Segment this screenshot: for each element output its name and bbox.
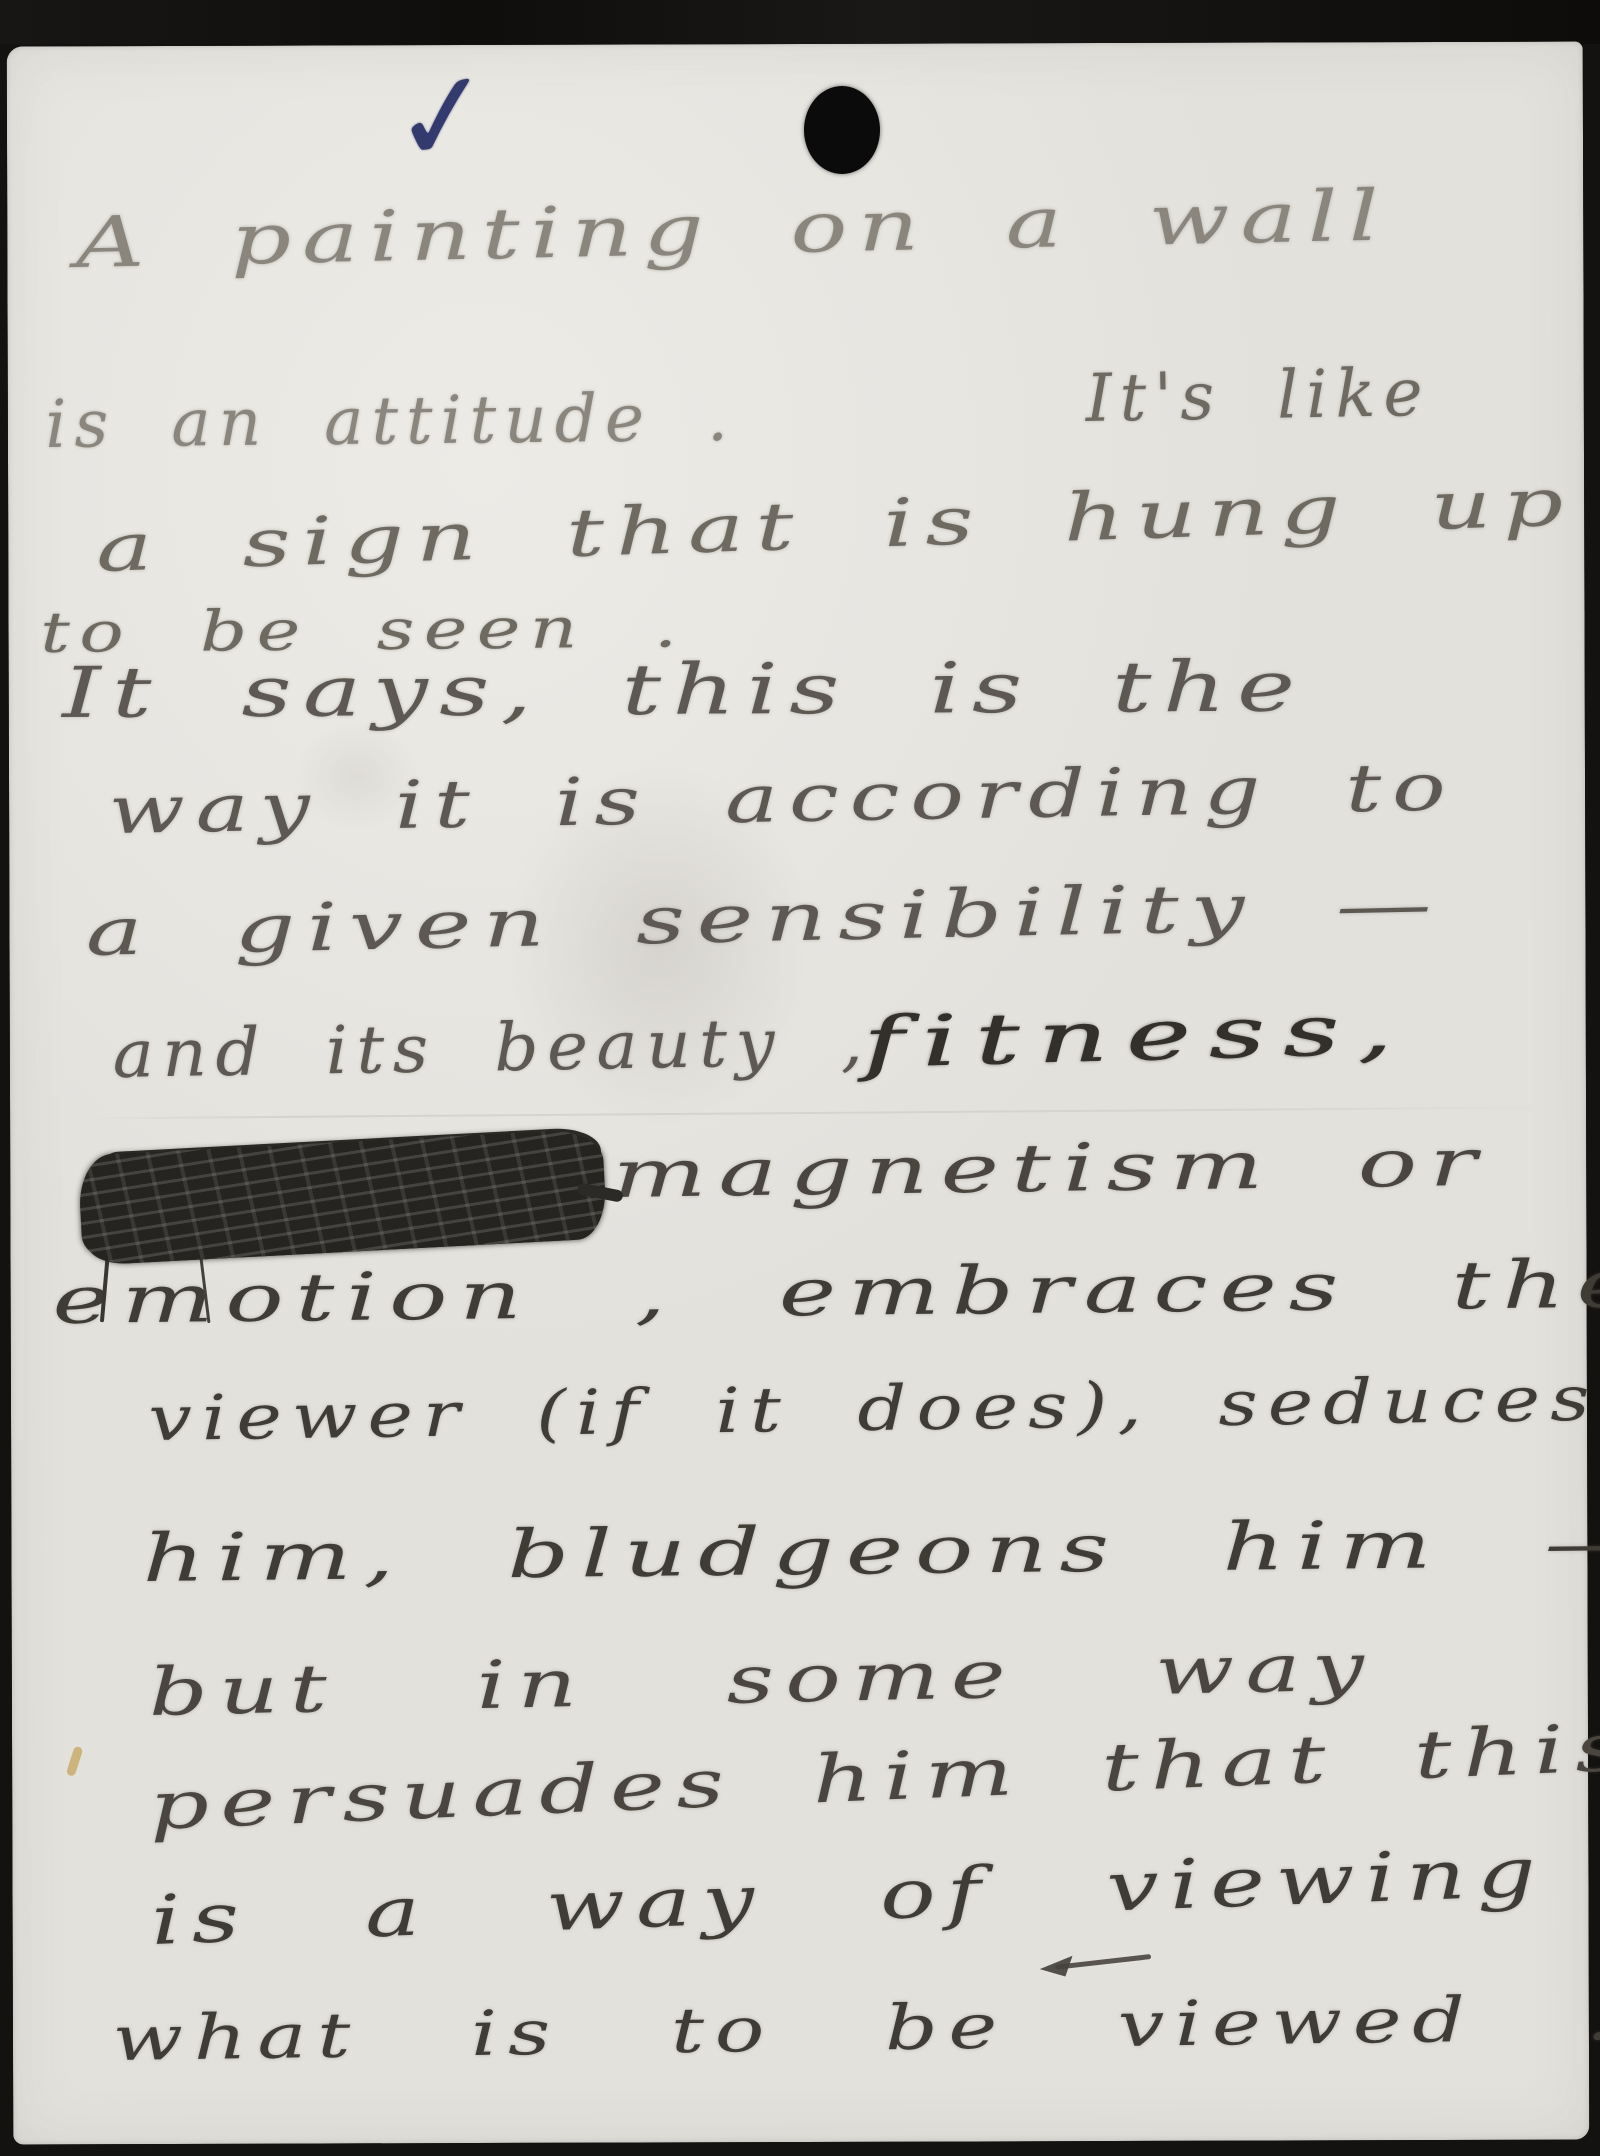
handwritten-line: is an attitude .	[45, 385, 736, 458]
handwritten-line: and its beauty ,	[112, 1009, 872, 1088]
handwritten-line: him, bludgeons him —	[142, 1510, 1600, 1592]
hole-punch	[804, 86, 880, 174]
handwritten-line: It's like	[1085, 360, 1431, 432]
scanned-note-page: ✓ A painting on a wall is an attitude . …	[0, 0, 1600, 2156]
handwritten-line: emotion , embraces the	[52, 1251, 1600, 1334]
handwritten-line: It says, this is the	[62, 651, 1306, 728]
paper-stain	[66, 1746, 84, 1777]
blue-checkmark-icon: ✓	[385, 50, 501, 184]
left-arrow-annotation-icon	[1035, 1941, 1155, 1991]
handwritten-line-overwritten: fitness,	[862, 994, 1411, 1078]
paper-crease	[70, 1106, 1550, 1119]
handwritten-line: magnetism or	[612, 1130, 1489, 1208]
handwritten-line: viewer (if it does), seduces	[148, 1368, 1600, 1450]
